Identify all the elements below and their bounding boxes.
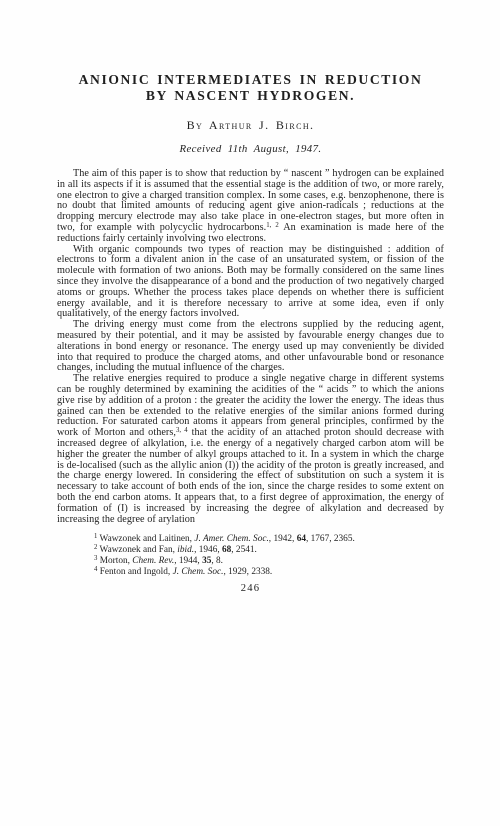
received-date: Received 11th August, 1947. (57, 143, 444, 155)
footnote-reference: 1 (94, 533, 97, 540)
text-run: Fenton and Ingold, (97, 567, 172, 577)
text-run: , 8. (211, 556, 223, 566)
footnotes: 1 Wawzonek and Laitinen, J. Amer. Chem. … (94, 534, 444, 578)
document-page: ANIONIC INTERMEDIATES IN REDUCTION BY NA… (0, 0, 500, 826)
bold-text: 35 (202, 556, 211, 566)
title-line-2: BY NASCENT HYDROGEN. (57, 88, 444, 104)
footnote-reference: 2 (94, 544, 97, 551)
page-number: 246 (57, 583, 444, 594)
footnote-reference: 4 (94, 566, 97, 573)
italic-text: ibid. (177, 545, 194, 555)
title-line-1: ANIONIC INTERMEDIATES IN REDUCTION (57, 72, 444, 88)
footnote-reference: 3, 4 (176, 427, 188, 434)
paragraph: The aim of this paper is to show that re… (57, 169, 444, 245)
text-run: , 1929, 2338. (223, 567, 272, 577)
page-content: ANIONIC INTERMEDIATES IN REDUCTION BY NA… (57, 72, 444, 594)
footnote: 4 Fenton and Ingold, J. Chem. Soc., 1929… (94, 567, 444, 578)
bold-text: 68 (222, 545, 231, 555)
text-run: that the acidity of an attached proton s… (57, 427, 444, 524)
footnote: 1 Wawzonek and Laitinen, J. Amer. Chem. … (94, 534, 444, 545)
text-run: , 1946, (194, 545, 222, 555)
text-run: , 2541. (231, 545, 257, 555)
article-body: The aim of this paper is to show that re… (57, 169, 444, 525)
text-run: , 1767, 2365. (306, 534, 355, 544)
footnote: 3 Morton, Chem. Rev., 1944, 35, 8. (94, 556, 444, 567)
paragraph: The relative energies required to produc… (57, 374, 444, 525)
paragraph: The driving energy must come from the el… (57, 320, 444, 374)
text-run: Wawzonek and Fan, (97, 545, 177, 555)
text-run: The driving energy must come from the el… (57, 319, 444, 373)
byline: By Arthur J. Birch. (57, 118, 444, 133)
bold-text: 64 (297, 534, 306, 544)
footnote-reference: 1, 2 (266, 222, 279, 229)
text-run: , 1944, (174, 556, 202, 566)
paragraph: With organic compounds two types of reac… (57, 245, 444, 321)
text-run: With organic compounds two types of reac… (57, 244, 444, 320)
page-title: ANIONIC INTERMEDIATES IN REDUCTION BY NA… (57, 72, 444, 104)
footnote: 2 Wawzonek and Fan, ibid., 1946, 68, 254… (94, 545, 444, 556)
italic-text: Chem. Rev. (132, 556, 174, 566)
italic-text: J. Chem. Soc. (173, 567, 224, 577)
text-run: , 1942, (269, 534, 297, 544)
footnote-reference: 3 (94, 555, 97, 562)
text-run: Morton, (97, 556, 132, 566)
text-run: Wawzonek and Laitinen, (97, 534, 194, 544)
italic-text: J. Amer. Chem. Soc. (194, 534, 268, 544)
